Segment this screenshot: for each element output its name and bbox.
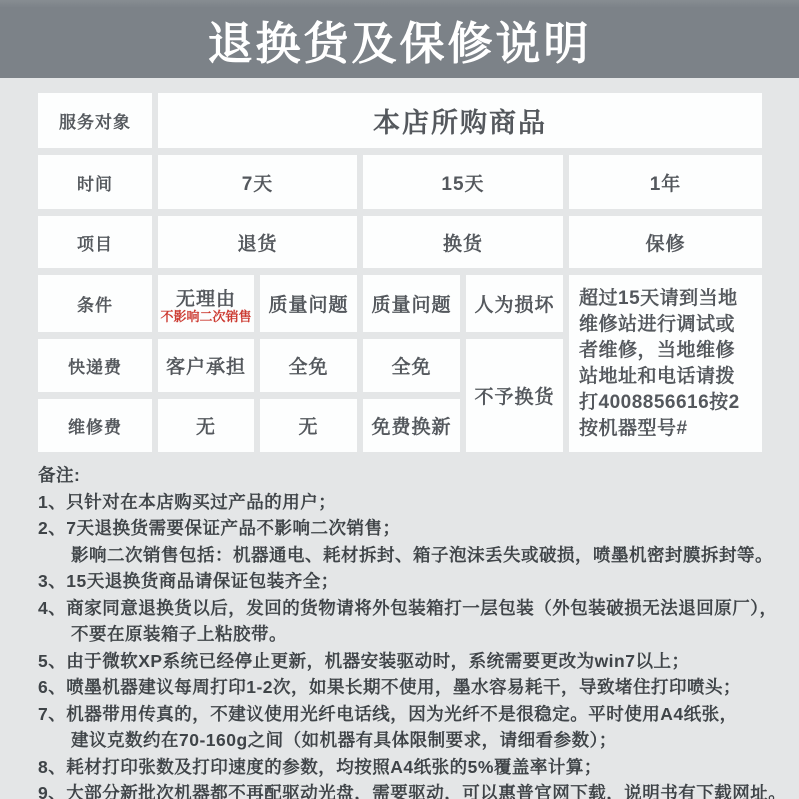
shipping-quality-return: 全免 [260,339,357,392]
item-exchange: 换货 [363,216,563,268]
note-4: 4、商家同意退换货以后，发回的货物请将外包装箱打一层包装（外包装破损无法退回原厂… [38,595,779,622]
row-label-service-target: 服务对象 [38,93,152,148]
row-label-time: 时间 [38,155,152,209]
title-banner: 退换货及保修说明 [0,0,799,78]
condition-no-reason-subnote: 不影响二次销售 [160,310,251,324]
condition-human-damage: 人为损坏 [466,275,563,332]
policy-table: 服务对象 本店所购商品 时间 7天 15天 1年 项目 退货 换货 保修 条件 … [38,93,762,452]
repair-no-reason: 无 [158,399,254,452]
row-label-condition: 条件 [38,275,152,332]
row-label-item: 项目 [38,216,152,268]
repair-quality-exchange: 免费换新 [363,399,460,452]
note-7: 7、机器带用传真的，不建议使用光纤电话线，因为光纤不是很稳定。平时使用A4纸张， [38,701,779,728]
condition-quality-return: 质量问题 [260,275,357,332]
note-2-continued: 影响二次销售包括：机器通电、耗材拆封、箱子泡沫丢失或破损，喷墨机密封膜拆封等。 [38,542,779,569]
note-1: 1、只针对在本店购买过产品的用户； [38,489,779,516]
service-target-value: 本店所购商品 [158,93,762,148]
note-2: 2、7天退换货需要保证产品不影响二次销售； [38,515,779,542]
page-title: 退换货及保修说明 [207,7,591,72]
time-exchange: 15天 [363,155,563,209]
shipping-quality-exchange: 全免 [363,339,460,392]
repair-quality-return: 无 [260,399,357,452]
note-6: 6、喷墨机器建议每周打印1-2次，如果长期不使用，墨水容易耗干，导致堵住打印喷头… [38,674,779,701]
time-warranty: 1年 [569,155,762,209]
condition-no-reason-text: 无理由 [176,284,236,311]
note-8: 8、耗材打印张数及打印速度的参数，均按照A4纸张的5%覆盖率计算； [38,754,779,781]
notes-heading: 备注: [38,462,779,489]
warranty-instructions: 超过15天请到当地维修站进行调试或者维修，当地维修站地址和电话请拨打400885… [569,275,762,452]
condition-no-reason: 无理由 不影响二次销售 [158,275,254,332]
note-7-continued: 建议克数约在70-160g之间（如机器有具体限制要求，请细看参数）； [38,727,779,754]
note-5: 5、由于微软XP系统已经停止更新，机器安装驱动时，系统需要更改为win7以上； [38,648,779,675]
row-label-repair-fee: 维修费 [38,399,152,452]
note-4-continued: 不要在原装箱子上粘胶带。 [38,621,779,648]
note-3: 3、15天退换货商品请保证包装齐全； [38,568,779,595]
exchange-denied: 不予换货 [466,339,563,452]
row-label-shipping-fee: 快递费 [38,339,152,392]
shipping-no-reason: 客户承担 [158,339,254,392]
item-warranty: 保修 [569,216,762,268]
item-return: 退货 [158,216,357,268]
note-9: 9、大部分新批次机器都不再配驱动光盘，需要驱动，可以惠普官网下载，说明书有下载网… [38,780,779,799]
notes-section: 备注: 1、只针对在本店购买过产品的用户； 2、7天退换货需要保证产品不影响二次… [38,462,779,799]
time-return: 7天 [158,155,357,209]
condition-quality-exchange: 质量问题 [363,275,460,332]
